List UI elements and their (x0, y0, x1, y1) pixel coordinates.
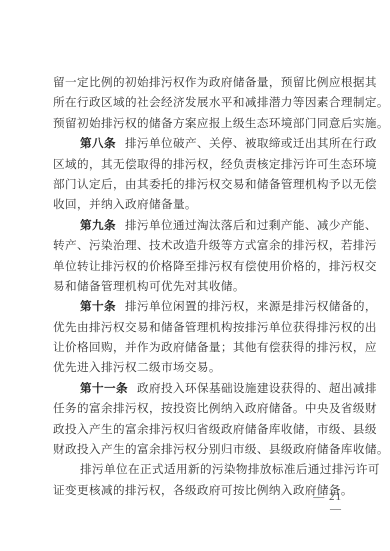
document-body: 留一定比例的初始排污权作为政府储备量，预留比例应根据其 所在行政区域的社会经济发… (53, 72, 340, 500)
text-line: 预留初始排污权的储备方案应报上级生态环境部门同意后实施。 (53, 113, 340, 133)
text-line: 让价格回购，并作为政府储备量；其他有偿获得的排污权，应 (53, 337, 340, 357)
article-10-first-line: 第十条排污单位闲置的排污权，来源是排污权储备的， (53, 296, 340, 316)
text-line: 转产、污染治理、技术改造升级等方式富余的排污权，若排污 (53, 235, 340, 255)
text-line: 留一定比例的初始排污权作为政府储备量，预留比例应根据其 (53, 72, 340, 92)
text-fragment: 排污单位闲置的排污权，来源是排污权储备的， (125, 299, 377, 313)
text-line: 区域的，其无偿取得的排污权，经负责核定排污许可生态环境 (53, 154, 340, 174)
text-line: 排污单位在正式适用新的污染物排放标准后通过排污许可 (53, 459, 340, 479)
text-line: 优先由排污权交易和储备管理机构按排污单位获得排污权的出 (53, 317, 340, 337)
text-fragment: 排污单位通过淘汰落后和过剩产能、减少产能、 (125, 218, 377, 232)
article-number: 第十一条 (80, 381, 128, 395)
text-line: 所在行政区域的社会经济发展水平和减排潜力等因素合理制定。 (53, 92, 340, 112)
article-8-first-line: 第八条排污单位破产、关停、被取缔或迁出其所在行政 (53, 133, 340, 153)
text-fragment: 政府投入环保基础设施建设获得的、超出减排 (137, 381, 377, 395)
text-line: 单位转让排污权的价格降至排污权有偿使用价格的，排污权交 (53, 256, 340, 276)
text-line: 易和储备管理机构可优先对其收储。 (53, 276, 340, 296)
text-line: 收回，并纳入政府储备量。 (53, 194, 340, 214)
article-number: 第十条 (80, 299, 116, 313)
text-fragment: 排污单位破产、关停、被取缔或迁出其所在行政 (125, 136, 377, 150)
article-11-first-line: 第十一条政府投入环保基础设施建设获得的、超出减排 (53, 378, 340, 398)
text-line: 财政投入产生的富余排污权分别归市级、县级政府储备库收储。 (53, 439, 340, 459)
page-number: — 21 — (298, 491, 342, 515)
text-line: 部门认定后，由其委托的排污权交易和储备管理机构予以无偿 (53, 174, 340, 194)
text-line: 证变更核减的排污权，各级政府可按比例纳入政府储备。 (53, 480, 340, 500)
text-line: 优先进入排污权二级市场交易。 (53, 357, 340, 377)
document-page: 留一定比例的初始排污权作为政府储备量，预留比例应根据其 所在行政区域的社会经济发… (0, 0, 390, 551)
article-9-first-line: 第九条排污单位通过淘汰落后和过剩产能、减少产能、 (53, 215, 340, 235)
article-number: 第八条 (80, 136, 116, 150)
article-number: 第九条 (80, 218, 116, 232)
text-line: 任务的富余排污权，按投资比例纳入政府储备。中央及省级财 (53, 398, 340, 418)
text-line: 政投入产生的富余排污权归省级政府储备库收储，市级、县级 (53, 419, 340, 439)
